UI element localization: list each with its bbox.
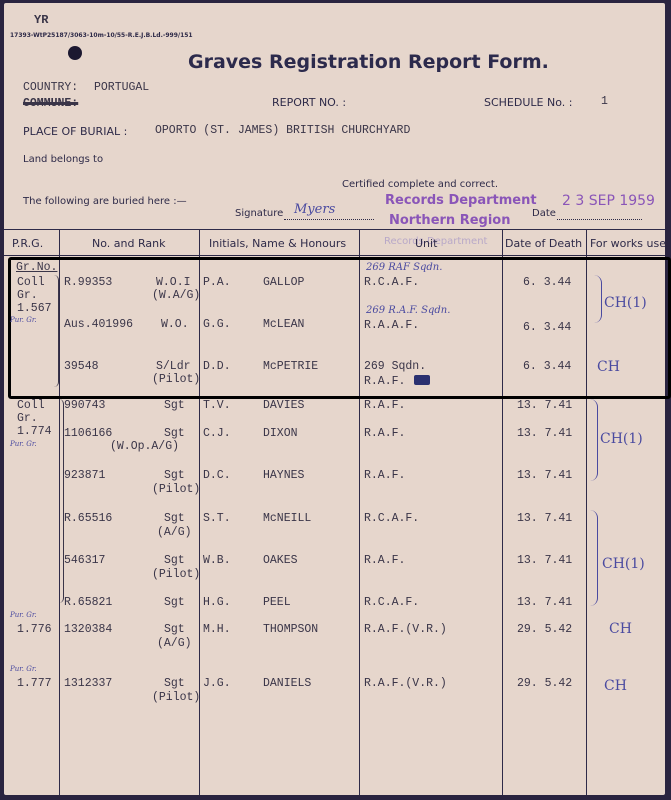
unit: R.A.F.(V.R.)	[364, 623, 447, 636]
unit: R.A.F.	[364, 375, 405, 388]
surname: McNEILL	[263, 512, 311, 525]
service-number: Aus.401996	[64, 318, 133, 331]
place-of-burial-value: OPORTO (ST. JAMES) BRITISH CHURCHYARD	[155, 124, 410, 137]
works-use-mark: CH(1)	[602, 556, 645, 572]
form-sheet: YR 17393-WtP25187/3063-10m-10/55-R.E.J.B…	[4, 3, 665, 795]
page-title: Graves Registration Report Form.	[188, 51, 549, 73]
surname: DANIELS	[263, 677, 311, 690]
header-bottom-border	[4, 255, 665, 256]
service-number: 39548	[64, 360, 99, 373]
signature-value: Myers	[294, 202, 335, 217]
initials: T.V.	[203, 399, 231, 412]
works-use-mark: CH	[604, 678, 627, 694]
land-belongs-label: Land belongs to	[23, 154, 103, 165]
prg-value: 1.774	[17, 425, 52, 438]
initials: D.C.	[203, 469, 231, 482]
table-top-border	[4, 229, 665, 230]
unit: R.C.A.F.	[364, 512, 419, 525]
unit: R.A.A.F.	[364, 319, 419, 332]
works-use-mark: CH(1)	[600, 431, 643, 447]
works-use-mark: CH(1)	[604, 295, 647, 311]
rank: Sgt	[164, 399, 185, 412]
prg-value: Gr.	[17, 289, 38, 302]
trade: (Pilot)	[152, 373, 200, 386]
prg-gr-no-header: Gr.No.	[16, 261, 57, 274]
prg-value: Coll	[17, 276, 45, 289]
date-of-death: 13. 7.41	[517, 469, 572, 482]
surname: HAYNES	[263, 469, 304, 482]
date-label: Date	[532, 208, 556, 219]
service-number: 546317	[64, 554, 105, 567]
service-number: 1320384	[64, 623, 112, 636]
service-number: 1312337	[64, 677, 112, 690]
prg-value: 1.777	[17, 677, 52, 690]
date-line	[557, 219, 642, 220]
unit: R.A.F.	[364, 399, 405, 412]
date-of-death: 13. 7.41	[517, 399, 572, 412]
initials: S.T.	[203, 512, 231, 525]
date-of-death: 6. 3.44	[523, 360, 571, 373]
col-header-date: Date of Death	[505, 237, 582, 250]
surname: PEEL	[263, 596, 291, 609]
country-label: COUNTRY:	[23, 81, 78, 94]
commune-label-struck: COMMUNE:	[23, 97, 78, 110]
service-number: R.99353	[64, 276, 112, 289]
initials: P.A.	[203, 276, 231, 289]
rank: Sgt	[164, 623, 185, 636]
unit-handwritten-note: 269 RAF Sqdn.	[366, 262, 442, 273]
service-number: R.65821	[64, 596, 112, 609]
rank: Sgt	[164, 512, 185, 525]
date-of-death: 13. 7.41	[517, 596, 572, 609]
surname: McPETRIE	[263, 360, 318, 373]
works-use-mark: CH	[609, 621, 632, 637]
service-number: 1106166	[64, 427, 112, 440]
rank: Sgt	[164, 554, 185, 567]
rank: Sgt	[164, 469, 185, 482]
surname: THOMPSON	[263, 623, 318, 636]
prg-note: Pur. Gr.	[10, 665, 37, 673]
trade: (A/G)	[157, 637, 192, 650]
surname: OAKES	[263, 554, 298, 567]
print-reference: 17393-WtP25187/3063-10m-10/55-R.E.J.B.Ld…	[10, 32, 193, 39]
records-stamp-line1: Records Department	[385, 193, 537, 208]
rank: S/Ldr	[156, 360, 191, 373]
redaction-mark	[414, 375, 430, 385]
surname: DIXON	[263, 427, 298, 440]
country-value: PORTUGAL	[94, 81, 149, 94]
initials: M.H.	[203, 623, 231, 636]
schedule-no-value: 1	[601, 95, 608, 108]
trade: (Pilot)	[152, 691, 200, 704]
rank: Sgt	[164, 596, 185, 609]
initials: H.G.	[203, 596, 231, 609]
prg-note: Pur. Gr.	[10, 611, 37, 619]
col-header-unit: Unit	[415, 237, 437, 250]
date-value: 2 3 SEP 1959	[562, 193, 655, 209]
col-header-no-rank: No. and Rank	[92, 237, 165, 250]
initials: J.G.	[203, 677, 231, 690]
prg-value: Gr.	[17, 412, 38, 425]
prg-value: Coll	[17, 399, 45, 412]
works-bracket	[590, 510, 598, 606]
unit: R.A.F.	[364, 554, 405, 567]
place-of-burial-label: PLACE OF BURIAL :	[23, 125, 127, 138]
prg-note: Pur. Gr.	[10, 440, 37, 448]
rank: Sgt	[164, 677, 185, 690]
service-number: 923871	[64, 469, 105, 482]
date-of-death: 13. 7.41	[517, 427, 572, 440]
trade: (A/G)	[157, 526, 192, 539]
unit: R.A.F.	[364, 469, 405, 482]
service-number: 990743	[64, 399, 105, 412]
signature-label: Signature	[235, 208, 283, 219]
date-of-death: 13. 7.41	[517, 554, 572, 567]
unit: R.C.A.F.	[364, 276, 419, 289]
schedule-no-label: SCHEDULE No. :	[484, 96, 572, 109]
rank: W.O.	[161, 318, 189, 331]
works-bracket	[590, 399, 598, 481]
code-initials: YR	[34, 13, 48, 27]
date-of-death: 6. 3.44	[523, 321, 571, 334]
prg-value: 1.567	[17, 302, 52, 315]
date-of-death: 13. 7.41	[517, 512, 572, 525]
prg-value: 1.776	[17, 623, 52, 636]
col-header-prg: P.R.G.	[12, 237, 43, 250]
trade: (Pilot)	[152, 568, 200, 581]
initials: G.G.	[203, 318, 231, 331]
records-stamp-line2: Northern Region	[389, 213, 510, 228]
surname: McLEAN	[263, 318, 304, 331]
prg-note: Pur. Gr.	[10, 316, 37, 324]
trade: (W.A/G)	[152, 289, 200, 302]
service-number: R.65516	[64, 512, 112, 525]
col-header-name: Initials, Name & Honours	[209, 237, 346, 250]
unit-handwritten-note: 269 R.A.F. Sqdn.	[366, 305, 450, 316]
surname: DAVIES	[263, 399, 304, 412]
date-of-death: 6. 3.44	[523, 276, 571, 289]
date-of-death: 29. 5.42	[517, 623, 572, 636]
trade: (Pilot)	[152, 483, 200, 496]
prg-bracket	[54, 275, 59, 387]
initials: C.J.	[203, 427, 231, 440]
initials: W.B.	[203, 554, 231, 567]
buried-here-label: The following are buried here :—	[23, 196, 187, 207]
unit-squadron: 269 Sqdn.	[364, 360, 426, 373]
trade: (W.Op.A/G)	[110, 440, 179, 453]
report-no-label: REPORT NO. :	[272, 96, 346, 109]
rank: W.O.I	[156, 276, 191, 289]
certified-label: Certified complete and correct.	[342, 179, 498, 190]
date-of-death: 29. 5.42	[517, 677, 572, 690]
surname: GALLOP	[263, 276, 304, 289]
works-bracket	[594, 275, 602, 323]
unit: R.A.F.	[364, 427, 405, 440]
initials: D.D.	[203, 360, 231, 373]
rank: Sgt	[164, 427, 185, 440]
col-header-works: For works use	[590, 237, 666, 250]
unit: R.A.F.(V.R.)	[364, 677, 447, 690]
signature-line	[284, 219, 374, 220]
punch-hole	[68, 46, 82, 60]
unit: R.C.A.F.	[364, 596, 419, 609]
works-use-mark: CH	[597, 359, 620, 375]
